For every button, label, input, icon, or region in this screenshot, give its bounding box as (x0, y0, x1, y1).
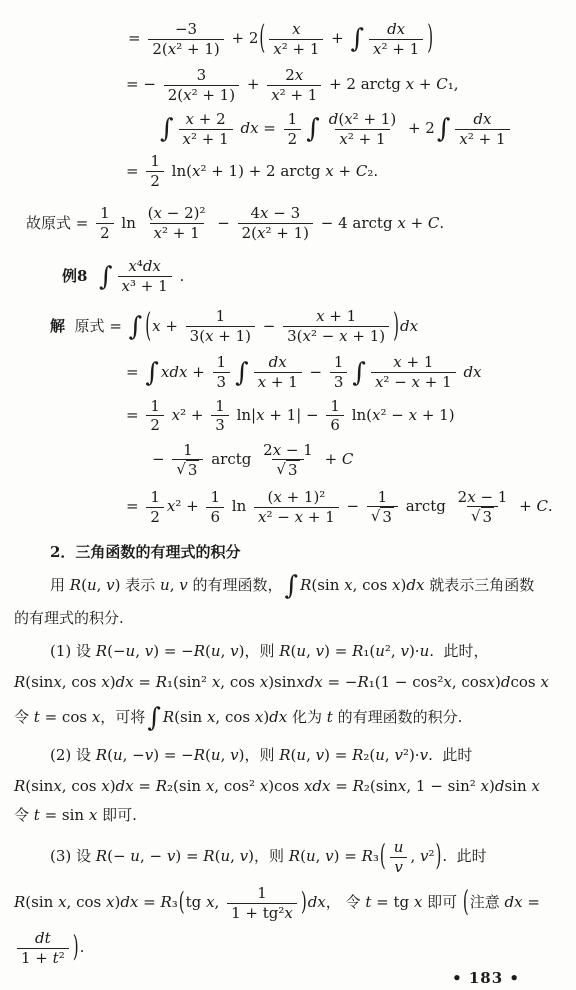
numerator: x + 2 (182, 110, 230, 129)
math-text: 6 (210, 508, 220, 527)
math-variable: dx (143, 257, 161, 276)
numerator: 1 (284, 110, 302, 129)
math-text: 1 (215, 397, 225, 416)
math-text: , cos (62, 777, 101, 797)
math-variable: R (70, 576, 81, 596)
math-text: , (135, 642, 145, 662)
math-text: 的有理式的积分. (14, 609, 124, 629)
fraction: 1√3 (172, 441, 203, 480)
big-paren: ) (73, 929, 79, 966)
math-variable: C (436, 75, 447, 95)
math-variable: x (154, 204, 162, 223)
numerator: 1 (96, 204, 114, 223)
formula-line: R(sin x, cos x)dx = R₃(tg x, 11 + tg²x)d… (14, 879, 576, 927)
numerator: 1 (211, 397, 229, 416)
denominator: x² − x + 1 (254, 507, 339, 527)
math-variable: x (296, 673, 304, 693)
fraction: 4x − 32(x² + 1) (238, 204, 313, 243)
math-text: 2 (288, 130, 298, 149)
math-variable: x (255, 708, 263, 728)
math-text: − (258, 317, 280, 337)
math-variable: x (409, 406, 417, 426)
math-text: . 此时 (428, 746, 472, 766)
math-text: )· (409, 642, 420, 662)
math-variable: x (89, 806, 97, 826)
math-variable: xdx (161, 363, 188, 383)
bold-label: 例8 (62, 267, 87, 287)
math-text: + (514, 497, 536, 517)
math-text: 2 (285, 66, 295, 85)
math-text: , 1 − sin² (406, 777, 480, 797)
formula-line: 例8 ∫x⁴dxx³ + 1 . (62, 255, 576, 299)
math-text: 1 (330, 397, 340, 416)
math-variable: u (220, 847, 230, 867)
math-text: ln( (167, 162, 192, 182)
numerator: x (288, 20, 304, 39)
math-variable: x (106, 893, 114, 913)
page-footer: • 183 • (0, 969, 576, 987)
section-heading: 2．三角函数的有理式的积分 (0, 541, 576, 565)
math-variable: u (113, 746, 123, 766)
numerator: (x − 2)² (144, 204, 210, 223)
math-text: ² + 1) (192, 86, 236, 105)
math-text: 4 (250, 204, 260, 223)
math-text: arctg (401, 497, 451, 517)
math-text: 1 (150, 152, 160, 171)
fraction: 12 (146, 397, 164, 436)
integral-sign: ∫ (235, 360, 249, 386)
numerator: 1 (212, 307, 230, 326)
denominator: 2 (284, 129, 302, 149)
math-variable: x (256, 406, 264, 426)
fraction: 12 (146, 488, 164, 527)
numerator: 1 (213, 353, 231, 372)
math-variable: v (145, 746, 153, 766)
radicand: 3 (481, 507, 495, 526)
math-text: 2 (150, 508, 160, 527)
numerator: 1 (146, 152, 164, 171)
math-text: ₂( (363, 746, 375, 766)
denominator: x² + 1 (179, 129, 233, 149)
math-variable: dx (400, 317, 418, 337)
math-text: 3 (288, 461, 298, 479)
fraction: 13(x + 1) (186, 307, 255, 346)
radicand: 3 (286, 460, 300, 479)
math-variable: x (392, 576, 400, 596)
math-variable: x (540, 673, 548, 693)
formula-line: R(sinx, cos x)dx = R₂(sin x, cos² x)cos … (14, 771, 576, 803)
integral-sign: ∫ (160, 116, 174, 142)
formula-line: = − 32(x² + 1) + 2xx² + 1 + 2 arctg x + … (126, 64, 576, 106)
math-text: = (128, 29, 145, 49)
math-text: = sin (40, 806, 89, 826)
solution-block: 解 原式 = ∫(x + 13(x + 1) − x + 13(x² − x +… (0, 305, 576, 530)
math-variable: x (168, 40, 176, 59)
integral-sign: ∫ (351, 26, 365, 52)
math-variable: C (428, 214, 439, 234)
big-paren: ) (427, 18, 433, 61)
math-text: + 1)² (282, 488, 326, 507)
math-text: −3 (175, 20, 197, 39)
math-text: 1 (217, 353, 227, 372)
math-text: 3 (483, 508, 493, 526)
fraction: uv (390, 838, 408, 877)
formula-line: ∫x + 2x² + 1 dx = 12∫d(x² + 1)x² + 1 + 2… (158, 108, 576, 150)
math-text: 1 + tg² (231, 904, 284, 923)
fraction: x⁴dxx³ + 1 (118, 257, 172, 296)
math-text: ln (117, 214, 141, 234)
case-3-paragraph: (3) 设 R(− u, − v) = R(u, v)，则 R(u, v) = … (0, 835, 576, 969)
fraction: 11 + tg²x (227, 884, 297, 923)
math-text: ₁(sin² (167, 673, 212, 693)
math-text: + 1 (303, 508, 335, 527)
numerator: −3 (171, 20, 201, 39)
denominator: 6 (206, 507, 224, 527)
numerator: dt (31, 929, 55, 948)
math-variable: R (300, 576, 311, 596)
denominator: 3 (213, 372, 231, 392)
math-text: + (187, 363, 209, 383)
denominator: x² − x + 1 (371, 372, 456, 392)
formula-line: 2．三角函数的有理式的积分 (50, 541, 576, 565)
math-text: 3 (382, 508, 392, 526)
math-text: 2 (100, 224, 110, 243)
math-text: )，则 (239, 746, 280, 766)
math-text: (sin (25, 777, 53, 797)
math-text: 3( (287, 327, 302, 346)
radical: √3 (371, 507, 394, 526)
math-text: ，可将 (100, 708, 145, 728)
math-text: − 1 (281, 441, 313, 460)
math-variable: R (14, 893, 25, 913)
math-text: 令 (14, 708, 34, 728)
math-text: 2 (458, 488, 468, 507)
math-text: ² + 1) (353, 110, 397, 129)
math-text: + (161, 317, 183, 337)
math-text: ， 令 (326, 893, 366, 913)
radicand: 3 (380, 507, 394, 526)
math-text: 即可 (422, 893, 462, 913)
denominator: 2(x² + 1) (148, 39, 223, 59)
math-text: ₃ (373, 847, 379, 867)
math-variable: x (481, 777, 489, 797)
math-text: ² − (380, 406, 408, 426)
math-text: 1 (150, 397, 160, 416)
math-variable: u (126, 642, 136, 662)
math-text: , (385, 746, 395, 766)
math-text: ln| (232, 406, 256, 426)
math-variable: R (96, 847, 107, 867)
fraction: x + 13(x² − x + 1) (283, 307, 389, 346)
math-variable: u (296, 642, 306, 662)
math-text: (sin (25, 673, 53, 693)
math-text: 1 (378, 488, 388, 507)
numerator: 2x (281, 66, 307, 85)
math-variable: u (211, 642, 221, 662)
big-paren: ( (463, 884, 469, 921)
math-text: , cos (452, 673, 487, 693)
math-text: )，则 (239, 642, 280, 662)
big-paren: ) (393, 305, 399, 348)
numerator: x⁴dx (124, 257, 165, 276)
math-text: (− (107, 847, 130, 867)
math-text: . 此时 (442, 847, 486, 867)
fraction: dt1 + t² (17, 929, 69, 968)
fraction: 16 (206, 488, 224, 527)
denominator: 1 + t² (17, 948, 69, 968)
formula-line: = ∫xdx + 13∫dxx + 1 − 13∫x + 1x² − x + 1… (126, 353, 576, 393)
math-variable: x (467, 488, 475, 507)
math-text: 3 (197, 66, 207, 85)
math-text: = (134, 673, 156, 693)
math-text: ² + 1 (280, 86, 318, 105)
math-text: , (316, 847, 326, 867)
math-text: (1) 设 (50, 642, 96, 662)
fraction: dxx² + 1 (455, 110, 509, 149)
math-text: 3 (188, 461, 198, 479)
math-text: . (548, 497, 553, 517)
numerator: 1 (330, 353, 348, 372)
integral-sign: ∫ (147, 705, 161, 731)
math-variable: u (306, 847, 316, 867)
math-variable: R (362, 847, 373, 867)
fraction: x + 2x² + 1 (179, 110, 233, 149)
numerator: 1 (146, 488, 164, 507)
numerator: dx (469, 110, 495, 129)
math-text: ln (227, 497, 251, 517)
math-variable: x (273, 441, 281, 460)
math-variable: u (130, 847, 140, 867)
denominator: 3(x² − x + 1) (283, 326, 389, 346)
denominator: √3 (272, 459, 303, 479)
big-paren: ( (259, 18, 265, 61)
math-variable: x (186, 110, 194, 129)
bold-label: 解 (50, 317, 65, 337)
math-variable: x (258, 373, 266, 392)
math-variable: x (257, 224, 265, 243)
math-text: . 此时， (429, 642, 488, 662)
math-text: 6 (330, 416, 340, 435)
math-text: 1 (183, 441, 193, 460)
math-text (87, 267, 97, 287)
math-text: = (138, 893, 160, 913)
math-variable: u (375, 642, 385, 662)
math-text: ₁( (363, 642, 375, 662)
math-variable: v (240, 847, 248, 867)
math-text: + 1 (266, 373, 298, 392)
denominator: 2(x² + 1) (164, 85, 239, 105)
radical-sign: √ (276, 460, 286, 478)
numerator: 2x − 1 (259, 441, 317, 460)
math-text: + (334, 162, 356, 182)
fraction: 12 (96, 204, 114, 243)
denominator: v (390, 857, 406, 877)
math-text: ₂. (367, 162, 378, 182)
math-text: 令 (14, 806, 34, 826)
math-text: 原式 = (65, 317, 127, 337)
math-variable: dx (116, 673, 134, 693)
math-text: , cos² (214, 777, 259, 797)
numerator: 1 (374, 488, 392, 507)
math-variable: C (356, 162, 367, 182)
math-variable: x (172, 406, 180, 426)
math-text: tg (186, 893, 206, 913)
math-text: ln( (347, 406, 372, 426)
math-variable: x (397, 214, 405, 234)
numerator: x + 1 (389, 353, 437, 372)
math-text: = − (126, 75, 161, 95)
math-text: + 2 (403, 119, 435, 139)
math-text: ² + 1 (382, 40, 420, 59)
math-text: ) 表示 (115, 576, 160, 596)
integral-sign: ∫ (306, 116, 320, 142)
math-variable: x (183, 130, 191, 149)
numerator: (x + 1)² (263, 488, 329, 507)
math-variable: R (156, 777, 167, 797)
math-text: ₂(sin (167, 777, 206, 797)
math-variable: x (443, 673, 451, 693)
math-text: ² + 1 (162, 224, 200, 243)
math-variable: x (154, 224, 162, 243)
math-text: ₁(1 − cos² (369, 673, 444, 693)
math-text: 1 + (21, 949, 53, 968)
math-variable: dx (269, 708, 287, 728)
conclusion-line: 故原式 = 12 ln (x − 2)²x² + 1 − 4x − 32(x² … (0, 203, 576, 245)
math-text: (sin (25, 893, 58, 913)
math-variable: v (400, 642, 408, 662)
math-text: + (326, 29, 348, 49)
math-text: arctg (206, 450, 256, 470)
fraction: 13 (213, 353, 231, 392)
math-text: 1 (334, 353, 344, 372)
math-text: ² + 1 (348, 130, 386, 149)
math-text: 的有理函数的积分. (333, 708, 463, 728)
math-variable: x (207, 708, 215, 728)
math-variable: x (58, 893, 66, 913)
math-text: 2 (150, 416, 160, 435)
math-variable: x (206, 777, 214, 797)
math-variable: u (87, 576, 97, 596)
math-text: , (221, 746, 231, 766)
math-text: ² + 1 (282, 40, 320, 59)
math-text: , cos (215, 708, 254, 728)
math-variable: R (194, 746, 205, 766)
math-variable: C (342, 450, 353, 470)
denominator: x² + 1 (267, 85, 321, 105)
math-variable: x (152, 317, 160, 337)
fraction: x + 1x² − x + 1 (371, 353, 456, 392)
math-variable: C (536, 497, 547, 517)
math-variable: R (352, 746, 363, 766)
math-variable: x (393, 353, 401, 372)
fraction: 13 (330, 353, 348, 392)
fraction: 2x − 1√3 (454, 488, 512, 527)
math-variable: x (101, 673, 109, 693)
math-text: − 4 arctg (316, 214, 397, 234)
numerator: 3 (193, 66, 211, 85)
math-text: 1 (210, 488, 220, 507)
formula-line: dt1 + t²). (14, 927, 576, 969)
math-text: ² + 1) (176, 40, 220, 59)
math-text: 即可. (97, 806, 137, 826)
math-text: = (523, 893, 540, 913)
big-paren: ( (380, 838, 386, 875)
math-variable: x (375, 373, 383, 392)
integral-sign: ∫ (437, 116, 451, 142)
math-variable: dx (308, 893, 326, 913)
math-variable: v (167, 847, 175, 867)
math-text: + (414, 75, 436, 95)
bold-label: 2．三角函数的有理式的积分 (50, 543, 240, 563)
math-text: , − (140, 847, 167, 867)
formula-line: (1) 设 R(−u, v) = −R(u, v)，则 R(u, v) = R₁… (50, 637, 576, 667)
math-text: ₂(sin (364, 777, 398, 797)
math-text: − (305, 363, 327, 383)
math-text: − 3 (268, 204, 300, 223)
math-variable: x (212, 673, 220, 693)
fraction: 1√3 (367, 488, 398, 527)
numerator: 4x − 3 (246, 204, 304, 223)
denominator: 3(x + 1) (186, 326, 255, 346)
math-text: + 1 (402, 353, 434, 372)
math-variable: x (344, 110, 352, 129)
denominator: 2 (146, 507, 164, 527)
fraction: 16 (326, 397, 344, 436)
math-text: (sin (174, 708, 207, 728)
math-text: 2 (150, 172, 160, 191)
math-text: 3 (334, 373, 344, 392)
derivation-block: = −32(x² + 1) + 2(xx² + 1 + ∫dxx² + 1)= … (0, 18, 576, 191)
math-variable: x (414, 893, 422, 913)
integral-sign: ∫ (352, 360, 366, 386)
denominator: x² + 1 (369, 39, 423, 59)
math-text: 3( (190, 327, 205, 346)
example-8-heading: 例8 ∫x⁴dxx³ + 1 . (0, 255, 576, 299)
math-text: 注意 (470, 893, 505, 913)
math-variable: x (260, 673, 268, 693)
math-variable: x (344, 576, 352, 596)
numerator: u (390, 838, 408, 857)
math-text: (3) 设 (50, 847, 96, 867)
math-text: ² + (180, 406, 208, 426)
math-variable: dx (305, 673, 323, 693)
math-text: ² − (267, 508, 295, 527)
fraction: 13 (211, 397, 229, 436)
math-variable: R (96, 746, 107, 766)
math-variable: v (316, 642, 324, 662)
fraction: dxx + 1 (254, 353, 302, 392)
math-text: + (242, 75, 264, 95)
math-text: 1 (216, 307, 226, 326)
numerator: 2x − 1 (454, 488, 512, 507)
formula-line: − 1√3 arctg 2x − 1√3 + C (152, 439, 576, 481)
math-variable: x (487, 673, 495, 693)
math-variable: u (375, 746, 385, 766)
math-variable: dx (240, 119, 258, 139)
math-variable: dx (406, 576, 424, 596)
math-variable: x (192, 162, 200, 182)
denominator: √3 (367, 506, 398, 526)
denominator: x² + 1 (335, 129, 389, 149)
math-variable: v (179, 576, 187, 596)
math-text: (− (107, 642, 125, 662)
math-variable: x (53, 673, 61, 693)
math-text: 3 (215, 416, 225, 435)
math-variable: v (230, 642, 238, 662)
math-text: 用 (50, 576, 70, 596)
math-text: , (306, 746, 316, 766)
denominator: x² + 1 (269, 39, 323, 59)
